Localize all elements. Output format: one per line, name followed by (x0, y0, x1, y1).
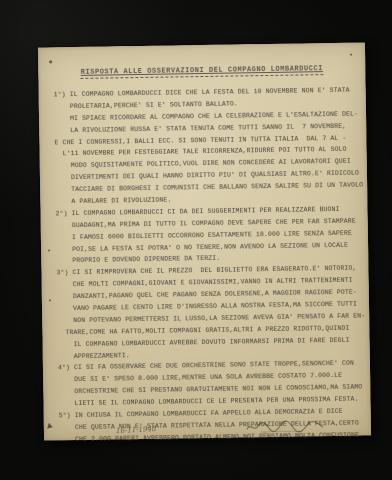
photo-background: RISPOSTA ALLE OSSERVAZIONI DEL COMPAGNO … (0, 0, 392, 480)
typewritten-body: 1°) IL COMPAGNO LOMBARDUCCI DICE CHE LA … (39, 84, 372, 446)
document-page: RISPOSTA ALLE OSSERVAZIONI DEL COMPAGNO … (38, 42, 371, 440)
handwritten-signature-icon (245, 419, 325, 434)
title-row: RISPOSTA ALLE OSSERVAZIONI DEL COMPAGNO … (38, 56, 365, 79)
ink-speck (350, 54, 352, 56)
ink-speck (49, 60, 52, 63)
document-title: RISPOSTA ALLE OSSERVAZIONI DEL COMPAGNO … (81, 65, 323, 79)
